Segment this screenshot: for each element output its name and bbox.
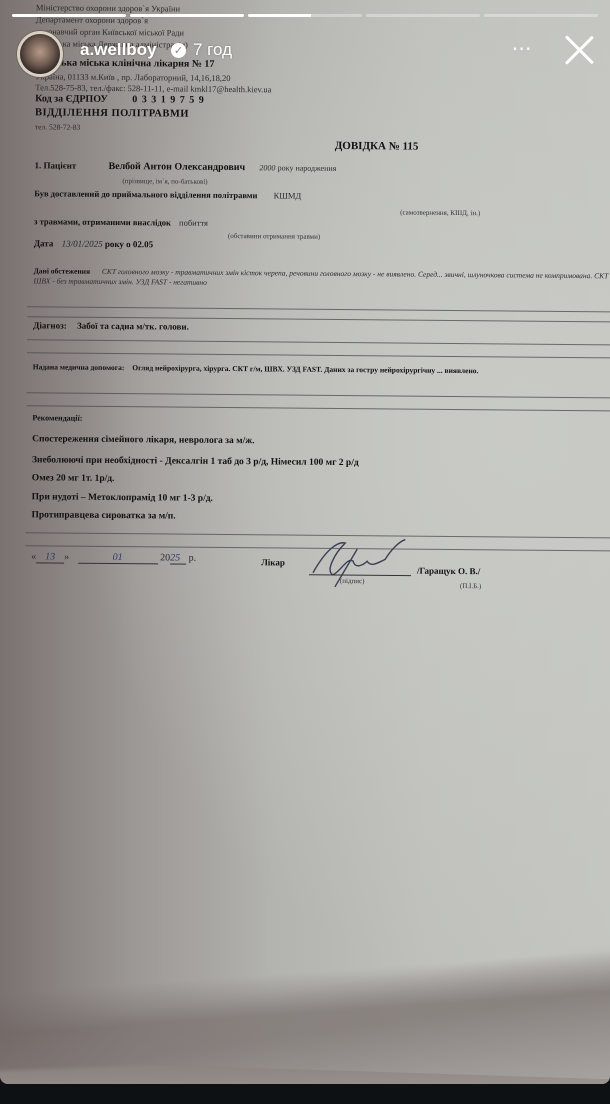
recommendation-item: Протиправцева сироватка за м/п. bbox=[31, 510, 175, 521]
medical-certificate-photo: Міністерство охорони здоров`я України Де… bbox=[0, 0, 610, 5]
username[interactable]: a.wellboy bbox=[80, 40, 157, 60]
delivered-label: Був доставлений до приймального відділен… bbox=[34, 188, 257, 200]
exam-text: СКТ головного мозку - травматичних змін … bbox=[34, 267, 609, 287]
sign-year-unit: р. bbox=[189, 553, 197, 564]
sign-day: 13 bbox=[36, 552, 64, 563]
signature-hint: (підпис) bbox=[340, 576, 365, 586]
diagnosis-value: Забої та садна м/тк. голови. bbox=[77, 321, 189, 332]
divider bbox=[26, 405, 610, 411]
patient-name-hint: (прізвище, ім`я, по-батькові) bbox=[122, 176, 207, 187]
divider bbox=[27, 392, 610, 398]
help-label: Надана медична допомога: bbox=[33, 362, 125, 372]
doctor-label: Лікар bbox=[261, 557, 285, 567]
injury-label: з травмами, отриманими внаслідок bbox=[34, 216, 171, 227]
diagnosis-label: Діагноз: bbox=[33, 320, 67, 330]
divider bbox=[27, 339, 610, 345]
verified-badge-icon: ✓ bbox=[171, 43, 186, 58]
injury-hint: (обставини отримання травми) bbox=[228, 231, 320, 242]
help-value: Огляд нейрохірурга, хірурга. СКТ г/м, ШВ… bbox=[132, 363, 478, 375]
story-viewer[interactable]: Міністерство охорони здоров`я України Де… bbox=[0, 0, 610, 1084]
birth-year: 2000 bbox=[259, 163, 275, 172]
doctor-name-hint: (П.І.Б.) bbox=[460, 581, 481, 591]
progress-segment bbox=[12, 14, 126, 17]
sign-year-suffix: 25 bbox=[170, 554, 186, 565]
recommendation-item: Спостереження сімейного лікаря, невролог… bbox=[32, 434, 254, 446]
header-line: Міністерство охорони здоров`я України bbox=[36, 2, 180, 13]
recommendations-label: Рекомендації: bbox=[32, 413, 82, 423]
date-value: 13/01/2025 bbox=[62, 239, 103, 249]
more-options-icon[interactable]: ⋯ bbox=[505, 36, 539, 60]
progress-segment bbox=[130, 14, 244, 17]
progress-segment bbox=[484, 14, 598, 17]
patient-name: Велбой Антон Олександрович bbox=[108, 161, 245, 173]
department: ВІДДІЛЕННЯ ПОЛІТРАВМИ bbox=[35, 108, 189, 119]
delivered-by: КШМД bbox=[274, 190, 302, 200]
edrpou-label: Код за ЄДРПОУ bbox=[35, 93, 108, 105]
post-time: 7 год bbox=[193, 40, 232, 60]
avatar[interactable] bbox=[20, 34, 60, 74]
divider bbox=[27, 352, 610, 358]
delivered-hint: (самозвернення, КШД, ін.) bbox=[400, 208, 480, 219]
progress-segment bbox=[366, 14, 480, 17]
date-suffix: року о 02.05 bbox=[105, 239, 153, 249]
header-line: виконавчий орган Київської міської Ради bbox=[36, 26, 184, 37]
story-progress bbox=[12, 14, 598, 17]
exam-label: Дані обстеження bbox=[34, 266, 90, 275]
sign-month: 01 bbox=[78, 553, 158, 565]
doctor-name: /Гаращук О. В./ bbox=[417, 566, 480, 577]
injury-value: побиття bbox=[179, 218, 208, 228]
hospital-contacts: Тел.528-75-83, тел./факс: 528-11-11, e-m… bbox=[35, 82, 271, 94]
hospital-name: Київська міська клінічна лікарня № 17 bbox=[35, 58, 214, 70]
birth-label: року народження bbox=[278, 163, 337, 173]
paper-shadow bbox=[0, 884, 610, 1084]
date-label: Дата bbox=[34, 238, 54, 248]
progress-segment bbox=[248, 14, 362, 17]
certificate-title: ДОВІДКА № 115 bbox=[335, 141, 419, 152]
patient-label: 1. Пацієнт bbox=[35, 160, 77, 170]
divider bbox=[27, 306, 610, 312]
department-phone: тел. 528-72-83 bbox=[35, 122, 80, 132]
hospital-address: Україна, 01133 м.Київ , пр. Лабораторний… bbox=[35, 71, 230, 83]
edrpou-value: 0 3 3 1 9 7 5 9 bbox=[132, 94, 205, 106]
recommendation-item: Омез 20 мг 1т. 1р/д. bbox=[32, 473, 115, 484]
recommendation-item: При нудоті – Метоклопрамід 10 мг 1-3 р/д… bbox=[32, 492, 213, 504]
recommendation-item: Знеболюючі при необхідності - Дексалгін … bbox=[32, 455, 359, 468]
sign-year-prefix: 20 bbox=[160, 552, 170, 563]
close-icon[interactable] bbox=[562, 33, 596, 67]
